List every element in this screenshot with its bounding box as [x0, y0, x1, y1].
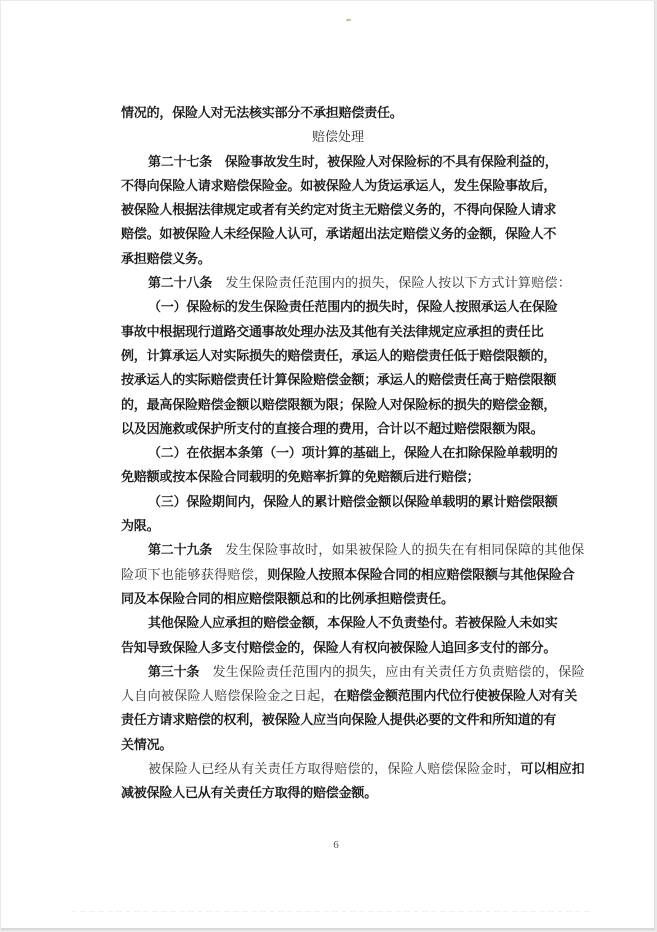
bold-text-segment: 在赔偿金额范围内代位行使被保险人对有关 — [334, 689, 577, 704]
bold-text-segment: （一）保险标的发生保险责任范围内的损失时，保险人按照承运人在保险 — [148, 300, 558, 315]
text-line: 按承运人的实际赔偿责任计算保险赔偿金额；承运人的赔偿责任高于赔偿限额 — [121, 368, 555, 392]
bold-text-segment: 情况的，保险人对无法核实部分不承担赔偿责任。 — [121, 106, 403, 121]
text-line: 以及因施救或保护所支付的直接合理的费用，合计以不超过赔偿限额为限。 — [121, 417, 555, 441]
bold-text-segment: 第二十七条 保险事故发生时，被保险人对保险标的不具有保险利益的， — [148, 155, 558, 170]
text-line: 事故中根据现行道路交通事故处理办法及其他有关法律规定应承担的责任比 — [121, 320, 555, 344]
text-line: 不得向保险人请求赔偿保险金。如被保险人为货运承运人，发生保险事故后， — [121, 174, 555, 198]
text-line: 免赔额或按本保险合同载明的免赔率折算的免赔额后进行赔偿； — [121, 465, 555, 489]
bold-text-segment: 告知导致保险人多支付赔偿金的，保险人有权向被保险人追回多支付的部分。 — [121, 641, 556, 656]
scan-artifact — [346, 19, 351, 22]
text-line: 的，最高保险赔偿金额以赔偿限额为限；保险人对保险标的损失的赔偿金额， — [121, 393, 555, 417]
bold-text-segment: 以及因施救或保护所支付的直接合理的费用，合计以不超过赔偿限额为限。 — [121, 422, 543, 437]
bold-text-segment: 则保险人按照本保险合同的相应赔偿限额与其他保险合 — [267, 568, 574, 583]
scan-bleed-through — [71, 911, 591, 912]
bold-text-segment: 第二十九条 — [148, 543, 212, 558]
text-line: 第二十九条 发生保险事故时，如果被保险人的损失在有相同保障的其他保 — [121, 538, 555, 562]
regular-text-segment: 人自向被保险人赔偿保险金之日起， — [121, 688, 334, 703]
regular-text-segment: 赔偿处理 — [312, 129, 364, 144]
bold-text-segment: 减被保险人已从有关责任方取得的赔偿金额。 — [121, 786, 377, 801]
regular-text-segment: 发生保险责任范围内的损失，保险人按以下方式计算赔偿： — [212, 275, 571, 290]
text-line: 情况的，保险人对无法核实部分不承担赔偿责任。 — [121, 101, 555, 125]
bold-text-segment: 同及本保险合同的相应赔偿限额总和的比例承担赔偿责任。 — [121, 592, 454, 607]
bold-text-segment: 赔偿。如被保险人未经保险人认可，承诺超出法定赔偿义务的金额，保险人不 — [121, 227, 556, 242]
text-line: 关情况。 — [121, 733, 555, 757]
text-line: （三）保险期间内，保险人的累计赔偿金额以保险单载明的累计赔偿限额 — [121, 490, 555, 514]
text-line: 承担赔偿义务。 — [121, 247, 555, 271]
text-line: 第二十八条 发生保险责任范围内的损失，保险人按以下方式计算赔偿： — [121, 271, 555, 295]
text-line: 例，计算承运人对实际损失的赔偿责任，承运人的赔偿责任低于赔偿限额的， — [121, 344, 555, 368]
regular-text-segment: 被保险人已经从有关责任方取得赔偿的，保险人赔偿保险金时， — [148, 761, 520, 776]
bold-text-segment: （二）在依据本条第（一）项计算的基础上，保险人在扣除保险单载明的 — [148, 446, 558, 461]
text-line: （一）保险标的发生保险责任范围内的损失时，保险人按照承运人在保险 — [121, 295, 555, 319]
bold-text-segment: 不得向保险人请求赔偿保险金。如被保险人为货运承运人，发生保险事故后， — [121, 179, 556, 194]
text-line: 赔偿。如被保险人未经保险人认可，承诺超出法定赔偿义务的金额，保险人不 — [121, 222, 555, 246]
text-line: （二）在依据本条第（一）项计算的基础上，保险人在扣除保险单载明的 — [121, 441, 555, 465]
text-line: 险项下也能够获得赔偿，则保险人按照本保险合同的相应赔偿限额与其他保险合 — [121, 563, 555, 587]
bold-text-segment: 承担赔偿义务。 — [121, 252, 211, 267]
regular-text-segment: 发生保险事故时，如果被保险人的损失在有相同保障的其他保 — [212, 542, 584, 557]
bold-text-segment: （三）保险期间内，保险人的累计赔偿金额以保险单载明的累计赔偿限额 — [148, 495, 558, 510]
document-page: 情况的，保险人对无法核实部分不承担赔偿责任。赔偿处理第二十七条 保险事故发生时，… — [1, 1, 655, 930]
page-number: 6 — [331, 839, 341, 851]
text-line: 被保险人已经从有关责任方取得赔偿的，保险人赔偿保险金时，可以相应扣 — [121, 757, 555, 781]
bold-text-segment: 免赔额或按本保险合同载明的免赔率折算的免赔额后进行赔偿； — [121, 470, 479, 485]
bold-text-segment: 按承运人的实际赔偿责任计算保险赔偿金额；承运人的赔偿责任高于赔偿限额 — [121, 373, 556, 388]
bold-text-segment: 被保险人根据法律规定或者有关约定对货主无赔偿义务的，不得向保险人请求 — [121, 203, 556, 218]
text-line: 第三十条 发生保险责任范围内的损失，应由有关责任方负责赔偿的，保险 — [121, 660, 555, 684]
text-line: 人自向被保险人赔偿保险金之日起，在赔偿金额范围内代位行使被保险人对有关 — [121, 684, 555, 708]
bold-text-segment: 可以相应扣 — [520, 762, 584, 777]
text-line: 其他保险人应承担的赔偿金额，本保险人不负责垫付。若被保险人未如实 — [121, 611, 555, 635]
bold-text-segment: 的，最高保险赔偿金额以赔偿限额为限；保险人对保险标的损失的赔偿金额， — [121, 398, 556, 413]
bold-text-segment: 其他保险人应承担的赔偿金额，本保险人不负责垫付。若被保险人未如实 — [148, 616, 558, 631]
bold-text-segment: 责任方请求赔偿的权利，被保险人应当向保险人提供必要的文件和所知道的有 — [121, 713, 556, 728]
bold-text-segment: 第二十八条 — [148, 276, 212, 291]
bold-text-segment: 例，计算承运人对实际损失的赔偿责任，承运人的赔偿责任低于赔偿限额的， — [121, 349, 556, 364]
text-line: 为限。 — [121, 514, 555, 538]
text-line: 告知导致保险人多支付赔偿金的，保险人有权向被保险人追回多支付的部分。 — [121, 636, 555, 660]
regular-text-segment: 发生保险责任范围内的损失，应由有关责任方负责赔偿的，保险 — [199, 664, 585, 679]
regular-text-segment: 险项下也能够获得赔偿， — [121, 567, 267, 582]
text-line: 第二十七条 保险事故发生时，被保险人对保险标的不具有保险利益的， — [121, 150, 555, 174]
text-line: 责任方请求赔偿的权利，被保险人应当向保险人提供必要的文件和所知道的有 — [121, 708, 555, 732]
bold-text-segment: 第三十条 — [148, 665, 199, 680]
bold-text-segment: 为限。 — [121, 519, 159, 534]
bold-text-segment: 关情况。 — [121, 738, 172, 753]
document-body: 情况的，保险人对无法核实部分不承担赔偿责任。赔偿处理第二十七条 保险事故发生时，… — [121, 101, 555, 806]
text-line: 同及本保险合同的相应赔偿限额总和的比例承担赔偿责任。 — [121, 587, 555, 611]
text-line: 减被保险人已从有关责任方取得的赔偿金额。 — [121, 781, 555, 805]
section-heading: 赔偿处理 — [121, 125, 555, 149]
text-line: 被保险人根据法律规定或者有关约定对货主无赔偿义务的，不得向保险人请求 — [121, 198, 555, 222]
bold-text-segment: 事故中根据现行道路交通事故处理办法及其他有关法律规定应承担的责任比 — [121, 325, 543, 340]
